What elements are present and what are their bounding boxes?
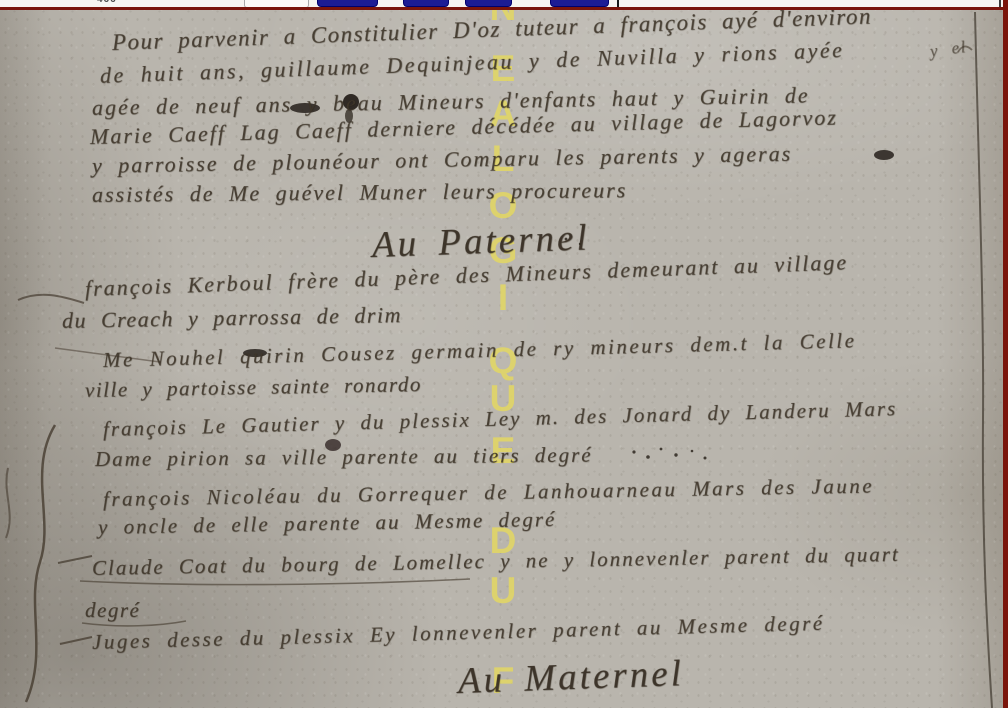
toolbar-button-4[interactable] xyxy=(550,0,609,7)
toolbar-divider xyxy=(617,0,619,7)
toolbar-divider xyxy=(999,0,1001,7)
page-number: 466 xyxy=(97,0,117,5)
manuscript-line: Dame pirion sa ville parente au tiers de… xyxy=(95,443,593,472)
entry-dash-2 xyxy=(60,637,92,644)
lead-in-stroke xyxy=(18,295,84,303)
toolbar-field[interactable] xyxy=(244,0,309,7)
right-border xyxy=(1003,0,1008,708)
toolbar-button-3[interactable] xyxy=(465,0,512,7)
toolbar-strip: 466 xyxy=(0,0,1008,7)
manuscript-heading-maternel: Au Maternel xyxy=(457,652,684,703)
ink-blot xyxy=(874,150,894,160)
toolbar-button-2[interactable] xyxy=(403,0,449,7)
manuscript-line: degré xyxy=(85,598,140,623)
toolbar-button-1[interactable] xyxy=(317,0,378,7)
margin-mark xyxy=(6,468,10,538)
margin-brace xyxy=(26,425,55,702)
page-edge-line xyxy=(975,12,992,708)
entry-dash-1 xyxy=(58,556,92,563)
manuscript-line: assistés de Me guével Muner leurs procur… xyxy=(92,177,628,208)
scanned-manuscript-page: N E A L O G I Q U E D U F Pour parvenir … xyxy=(0,0,1008,708)
top-rule xyxy=(0,7,1008,10)
